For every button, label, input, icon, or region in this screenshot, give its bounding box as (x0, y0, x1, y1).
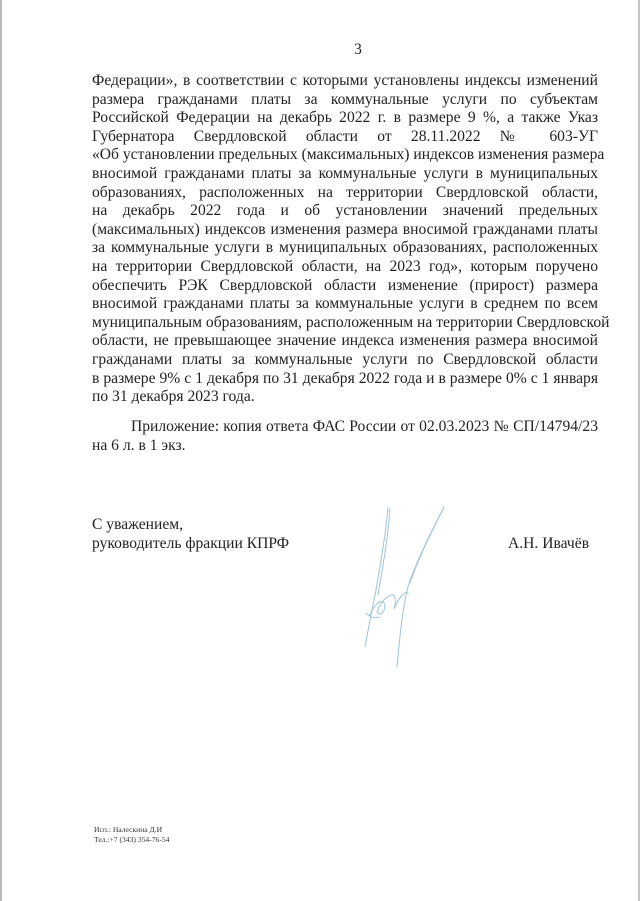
executor-name: Исп.: Налескина Д.И (94, 825, 169, 835)
body-line: размера гражданами платы за коммунальные… (92, 91, 598, 110)
body-line: области, не превышающее значение индекса… (92, 332, 598, 351)
body-line: Федерации», в соответствии с которыми ус… (92, 72, 598, 91)
signature-icon (332, 495, 472, 675)
body-line: обеспечить РЭК Свердловской области изме… (92, 277, 598, 296)
signer-position: руководитель фракции КПРФ (92, 535, 289, 554)
attachment-line: на 6 л. в 1 экз. (92, 437, 598, 456)
document-page: 3 Федерации», в соответствии с которыми … (0, 0, 640, 901)
body-line: образованиях, расположенных на территори… (92, 184, 598, 203)
executor-footer: Исп.: Налескина Д.И Тел.:+7 (343) 354-76… (94, 825, 169, 845)
body-line: Российской Федерации на декабрь 2022 г. … (92, 109, 598, 128)
body-paragraph: Федерации», в соответствии с которыми ус… (92, 72, 598, 407)
body-line: Губернатора Свердловской области от 28.1… (92, 128, 598, 147)
body-line: муниципальным образованиям, расположенны… (92, 314, 598, 333)
body-line: в размере 9% с 1 декабря по 31 декабря 2… (92, 370, 598, 389)
page-number: 3 (352, 41, 364, 59)
executor-phone: Тел.:+7 (343) 354-76-54 (94, 835, 169, 845)
body-line: на декабрь 2022 года и об установлении з… (92, 202, 598, 221)
body-line: за коммунальные услуги в муниципальных о… (92, 239, 598, 258)
body-line: вносимой гражданами платы за коммунальны… (92, 165, 598, 184)
body-line: гражданами платы за коммунальные услуги … (92, 351, 598, 370)
body-line: вносимой гражданами платы за коммунальны… (92, 295, 598, 314)
body-line: по 31 декабря 2023 года. (92, 388, 598, 407)
signoff-block: С уважением, руководитель фракции КПРФ (92, 516, 289, 553)
body-line: «Об установлении предельных (максимальны… (92, 146, 598, 165)
closing-text: С уважением, (92, 516, 289, 535)
signer-name: А.Н. Ивачёв (508, 535, 589, 554)
attachment-note: Приложение: копия ответа ФАС России от 0… (92, 418, 598, 455)
body-line: на территории Свердловской области, на 2… (92, 258, 598, 277)
body-line: (максимальных) индексов изменения размер… (92, 221, 598, 240)
attachment-line: Приложение: копия ответа ФАС России от 0… (92, 418, 598, 437)
